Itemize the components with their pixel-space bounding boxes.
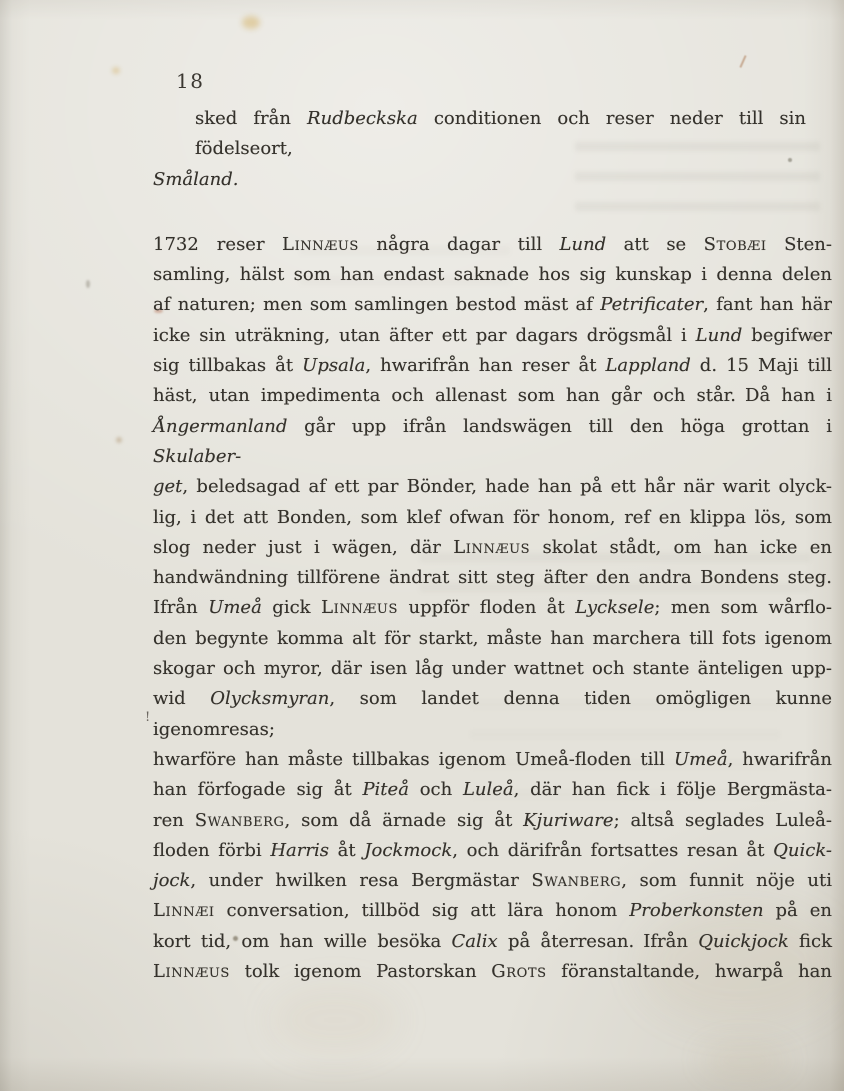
text-run: , beledsagad af ett par Bönder, hade han… xyxy=(182,476,832,497)
text-run: wid xyxy=(153,688,210,709)
text-run: Kjuriware xyxy=(523,810,613,831)
stain xyxy=(242,16,260,29)
text-run: Lund xyxy=(560,234,607,255)
text-run: 1732 reser xyxy=(153,234,282,255)
text-run: Linnæus xyxy=(282,234,359,255)
text-run: åt xyxy=(329,840,364,861)
text-run: sig tillbakas åt xyxy=(153,355,302,376)
text-line: Ångermanland går upp ifrån landswägen ti… xyxy=(153,412,832,473)
text-run: på återresan. Ifrån xyxy=(498,931,699,952)
text-run: Swanberg xyxy=(531,870,621,891)
text-run: jock xyxy=(153,870,190,891)
text-run: går upp ifrån landswägen till den höga g… xyxy=(287,416,832,437)
text-run: tolk igenom Pastorskan xyxy=(230,961,491,982)
text-run: af naturen; men som samlingen bestod mäs… xyxy=(153,294,600,315)
text-run: , som funnit nöje uti xyxy=(621,870,832,891)
text-run: , under hwilken resa Bergmästar xyxy=(190,870,531,891)
text-run: d. 15 Maji till xyxy=(691,355,832,376)
text-run: han förfogade sig åt xyxy=(153,779,362,800)
stain xyxy=(270,985,400,1055)
text-line: häst, utan impedimenta och allenast som … xyxy=(153,381,832,411)
text-line: af naturen; men som samlingen bestod mäs… xyxy=(153,290,832,320)
text-run: fick xyxy=(789,931,832,952)
text-run: samling, hälst som han endast saknade ho… xyxy=(153,264,832,285)
text-run: Lappland xyxy=(605,355,690,376)
text-run: hwarföre han måste tillbakas igenom Umeå… xyxy=(153,749,674,770)
text-run: föranstaltande, hwarpå han xyxy=(547,961,832,982)
text-run: Umeå xyxy=(208,597,262,618)
text-run: Calix xyxy=(452,931,498,952)
text-run: Harris xyxy=(270,840,329,861)
text-line: floden förbi Harris åt Jockmock, och där… xyxy=(153,836,832,866)
text-run: slog neder just i wägen, där xyxy=(153,537,453,558)
text-run: Petrificater xyxy=(600,294,703,315)
text-run: Quickjock xyxy=(698,931,789,952)
text-run: , fant han här xyxy=(703,294,832,315)
text-line: kort tid, om han wille besöka Calix på å… xyxy=(153,927,832,957)
text-run: begifwer xyxy=(742,325,832,346)
text-run: och xyxy=(409,779,463,800)
text-run: Linnæus xyxy=(321,597,398,618)
text-run: Upsala xyxy=(302,355,365,376)
text-line: samling, hälst som han endast saknade ho… xyxy=(153,260,832,290)
text-run: Grots xyxy=(491,961,546,982)
text-line: slog neder just i wägen, där Linnæus sko… xyxy=(153,533,832,563)
text-line: handwändning tillförene ändrat sitt steg… xyxy=(153,563,832,593)
text-run: , hwarifrån han reser åt xyxy=(365,355,605,376)
text-run: Quick- xyxy=(773,840,832,861)
text-line: Linnæus tolk igenom Pastorskan Grots för… xyxy=(153,957,832,987)
text-run: ren xyxy=(153,810,195,831)
text-run: skogar och myror, där isen låg under wat… xyxy=(153,658,832,679)
stain xyxy=(700,1040,790,1080)
text-run: på en xyxy=(764,900,832,921)
text-run: Linnæus xyxy=(453,537,530,558)
text-run: Ifrån xyxy=(153,597,208,618)
text-run: skolat stådt, om han icke en xyxy=(530,537,832,558)
text-line: get, beledsagad af ett par Bönder, hade … xyxy=(153,472,832,502)
text-line: skogar och myror, där isen låg under wat… xyxy=(153,654,832,684)
text-line: sig tillbakas åt Upsala, hwarifrån han r… xyxy=(153,351,832,381)
text-run: häst, utan impedimenta och allenast som … xyxy=(153,385,832,406)
text-run: Ångermanland xyxy=(153,416,287,437)
text-run: sked från xyxy=(195,108,307,129)
text-run: Linnæi xyxy=(153,900,215,921)
text-run: lig, i det att Bonden, som klef ofwan fö… xyxy=(153,507,832,528)
margin-mark: ! xyxy=(145,710,150,725)
text-run: Lund xyxy=(696,325,743,346)
text-line: han förfogade sig åt Piteå och Luleå, dä… xyxy=(153,775,832,805)
text-line: jock, under hwilken resa Bergmästar Swan… xyxy=(153,866,832,896)
text-run: att se xyxy=(606,234,703,255)
text-line: 1732 reser Linnæus några dagar till Lund… xyxy=(153,230,832,260)
text-run: ; men som wårflo- xyxy=(654,597,832,618)
text-line: hwarföre han måste tillbakas igenom Umeå… xyxy=(153,745,832,775)
text-run: några dagar till xyxy=(359,234,560,255)
text-run: Sten- xyxy=(767,234,832,255)
text-run: kort tid, om han wille besöka xyxy=(153,931,452,952)
text-line: wid Olycksmyran, som landet denna tiden … xyxy=(153,684,832,745)
text-run: , som då ärnade sig åt xyxy=(285,810,524,831)
text-run: ; altså seglades Luleå- xyxy=(614,810,832,831)
text-run: Lycksele xyxy=(575,597,654,618)
text-line: Linnæi conversation, tillböd sig att lär… xyxy=(153,896,832,926)
stain xyxy=(86,280,90,288)
text-run: icke sin uträkning, utan äfter ett par d… xyxy=(153,325,696,346)
text-run: Piteå xyxy=(362,779,409,800)
text-run: , där han fick i följe Bergmästa- xyxy=(514,779,832,800)
page-number: 18 xyxy=(176,69,204,93)
text-run: , och därifrån fortsattes resan åt xyxy=(452,840,773,861)
text-run: Luleå xyxy=(463,779,514,800)
text-block: sked från Rudbeckska conditionen och res… xyxy=(153,104,832,987)
text-run: conversation, tillböd sig att lära honom xyxy=(215,900,630,921)
paragraph: 1732 reser Linnæus några dagar till Lund… xyxy=(153,230,832,987)
text-line: ren Swanberg, som då ärnade sig åt Kjuri… xyxy=(153,806,832,836)
text-line: den begynte komma alt för starkt, måste … xyxy=(153,624,832,654)
text-run: floden förbi xyxy=(153,840,270,861)
text-run: handwändning tillförene ändrat sitt steg… xyxy=(153,567,832,588)
text-run: Proberkonsten xyxy=(629,900,763,921)
text-run: den begynte komma alt för starkt, måste … xyxy=(153,628,832,649)
text-run: Linnæus xyxy=(153,961,230,982)
stain xyxy=(116,437,122,443)
text-run: uppför floden åt xyxy=(398,597,575,618)
text-line: sked från Rudbeckska conditionen och res… xyxy=(153,104,832,165)
text-run: Stobæi xyxy=(704,234,767,255)
text-run: Rudbeckska xyxy=(307,108,418,129)
text-run: Swanberg xyxy=(195,810,285,831)
paragraph: sked från Rudbeckska conditionen och res… xyxy=(153,104,832,195)
text-line: Småland. xyxy=(153,165,832,195)
text-run: Småland. xyxy=(153,169,238,190)
stain xyxy=(112,67,120,74)
text-line: icke sin uträkning, utan äfter ett par d… xyxy=(153,321,832,351)
text-run: Olycksmyran xyxy=(210,688,329,709)
text-run: Skulaber- xyxy=(153,446,241,467)
text-line: Ifrån Umeå gick Linnæus uppför floden åt… xyxy=(153,593,832,623)
text-run: Jockmock xyxy=(364,840,452,861)
scanned-book-page: { "page": { "number": "18", "margin_mark… xyxy=(0,0,844,1091)
text-run: get xyxy=(153,476,182,497)
text-run: gick xyxy=(262,597,321,618)
text-run: Umeå xyxy=(674,749,728,770)
text-run: , hwarifrån xyxy=(728,749,832,770)
text-line: lig, i det att Bonden, som klef ofwan fö… xyxy=(153,503,832,533)
